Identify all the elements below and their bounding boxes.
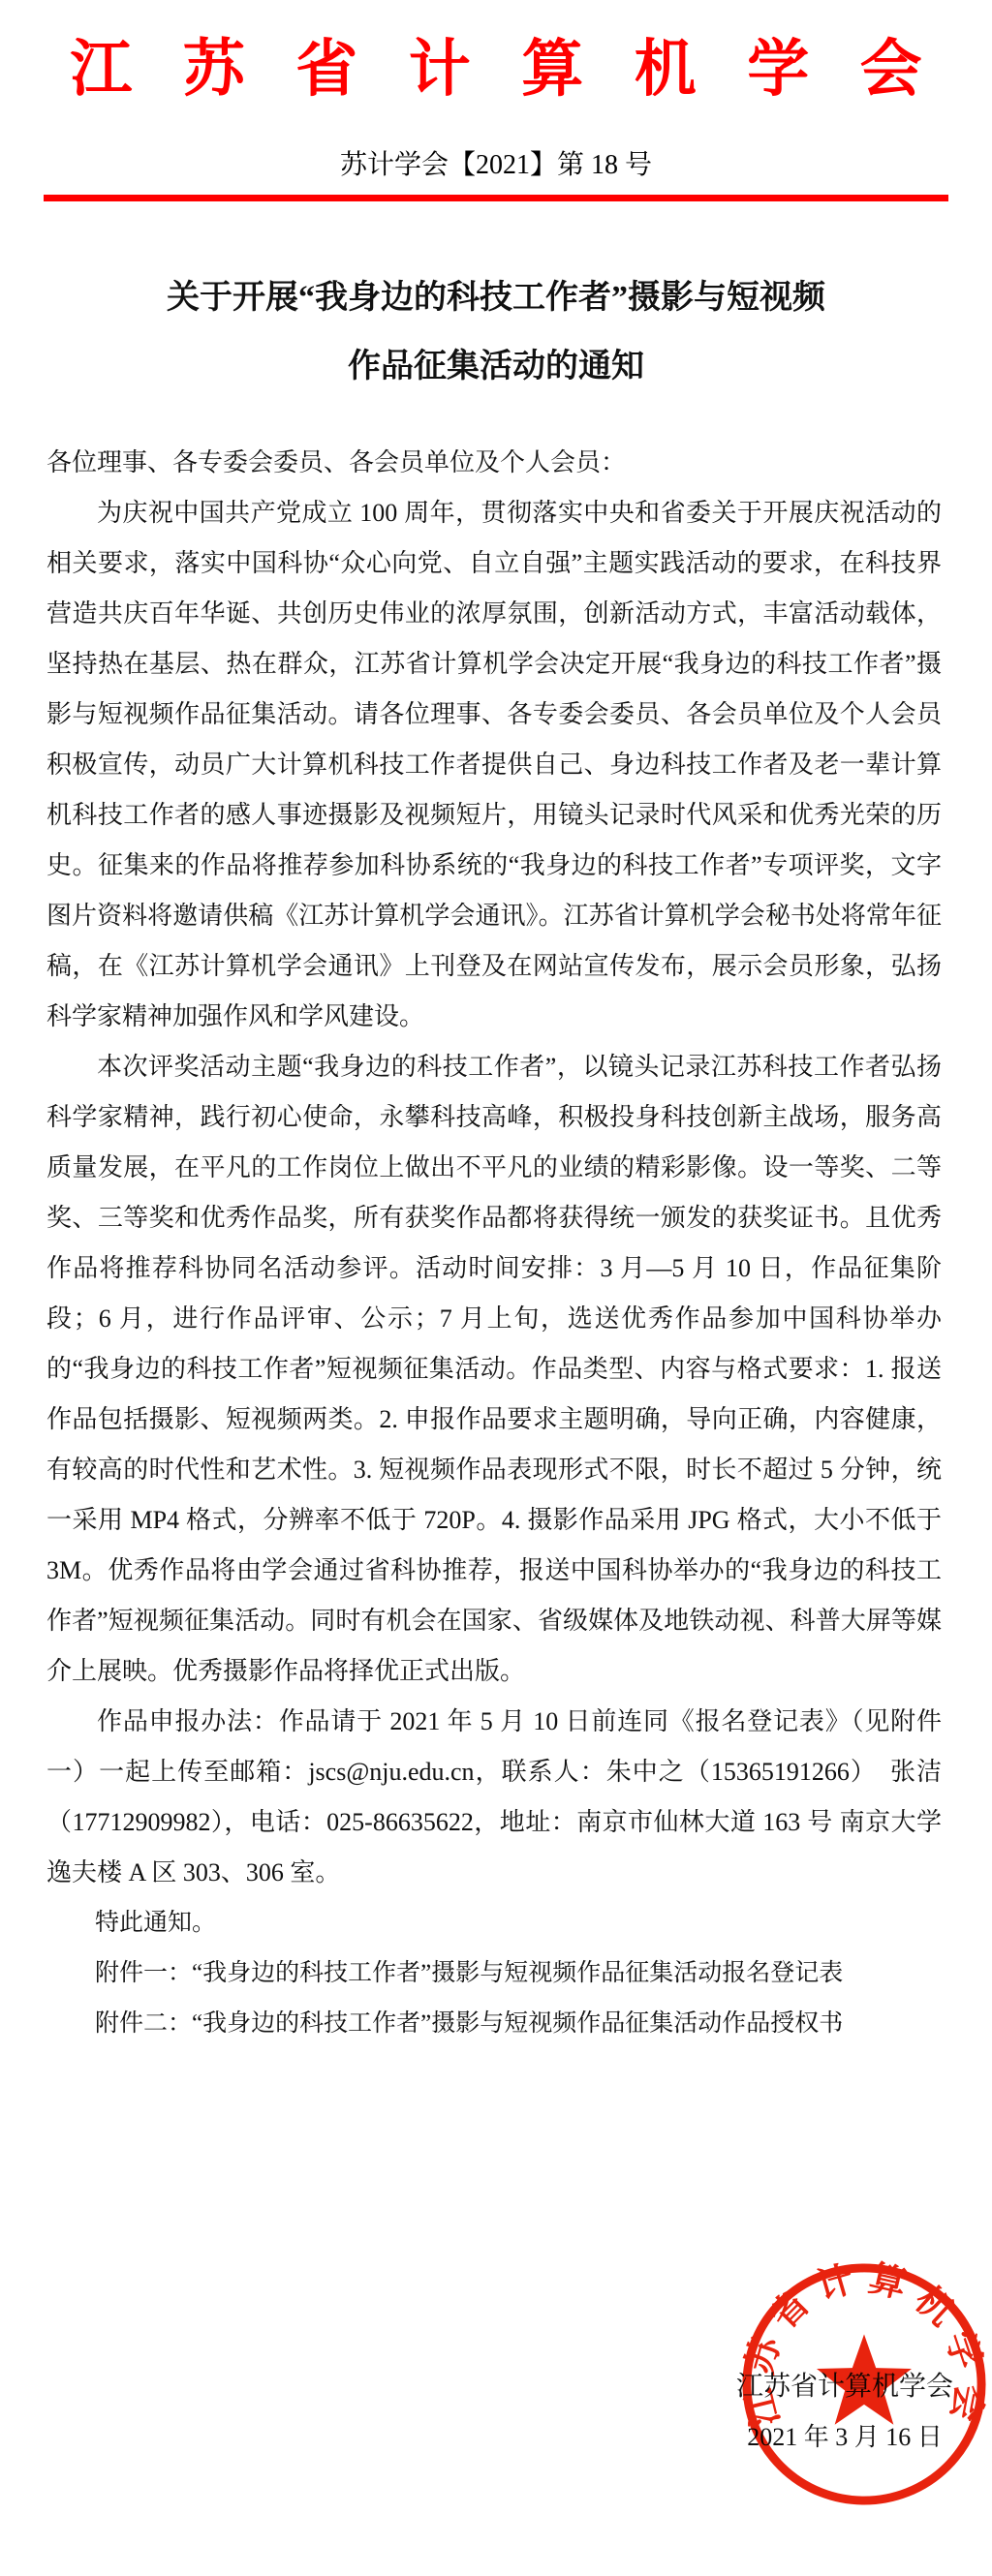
paragraph-submission-method: 作品申报办法：作品请于 2021 年 5 月 10 日前连同《报名登记表》（见附… (46, 1697, 942, 1898)
seal-star-icon (817, 2334, 912, 2424)
red-divider-rule (44, 195, 948, 201)
paragraph-activity-details: 本次评奖活动主题“我身边的科技工作者”，以镜头记录江苏科技工作者弘扬科学家精神，… (46, 1042, 942, 1697)
closing-note: 特此通知。 (46, 1898, 942, 1948)
paragraph-background: 为庆祝中国共产党成立 100 周年，贯彻落实中央和省委关于开展庆祝活动的相关要求… (46, 488, 942, 1042)
attachment-1: 附件一：“我身边的科技工作者”摄影与短视频作品征集活动报名登记表 (46, 1948, 942, 1999)
salutation: 各位理事、各专委会委员、各会员单位及个人会员： (46, 438, 942, 488)
document-number: 苏计学会【2021】第 18 号 (0, 143, 992, 182)
letterhead-org-name-text: 江苏省计算机学会 (70, 35, 973, 104)
notice-title-line2: 作品征集活动的通知 (0, 332, 992, 401)
notice-document-page: 江苏省计算机学会 苏计学会【2021】第 18 号 关于开展“我身边的科技工作者… (0, 0, 992, 2576)
official-seal: 江苏省计算机学会 (739, 2260, 989, 2510)
attachment-2: 附件二：“我身边的科技工作者”摄影与短视频作品征集活动作品授权书 (46, 1999, 942, 2049)
letterhead-org-name: 江苏省计算机学会 (0, 19, 992, 108)
notice-title-line1: 关于开展“我身边的科技工作者”摄影与短视频 (0, 263, 992, 332)
notice-title: 关于开展“我身边的科技工作者”摄影与短视频 作品征集活动的通知 (0, 263, 992, 401)
notice-body: 各位理事、各专委会委员、各会员单位及个人会员： 为庆祝中国共产党成立 100 周… (46, 438, 942, 2049)
